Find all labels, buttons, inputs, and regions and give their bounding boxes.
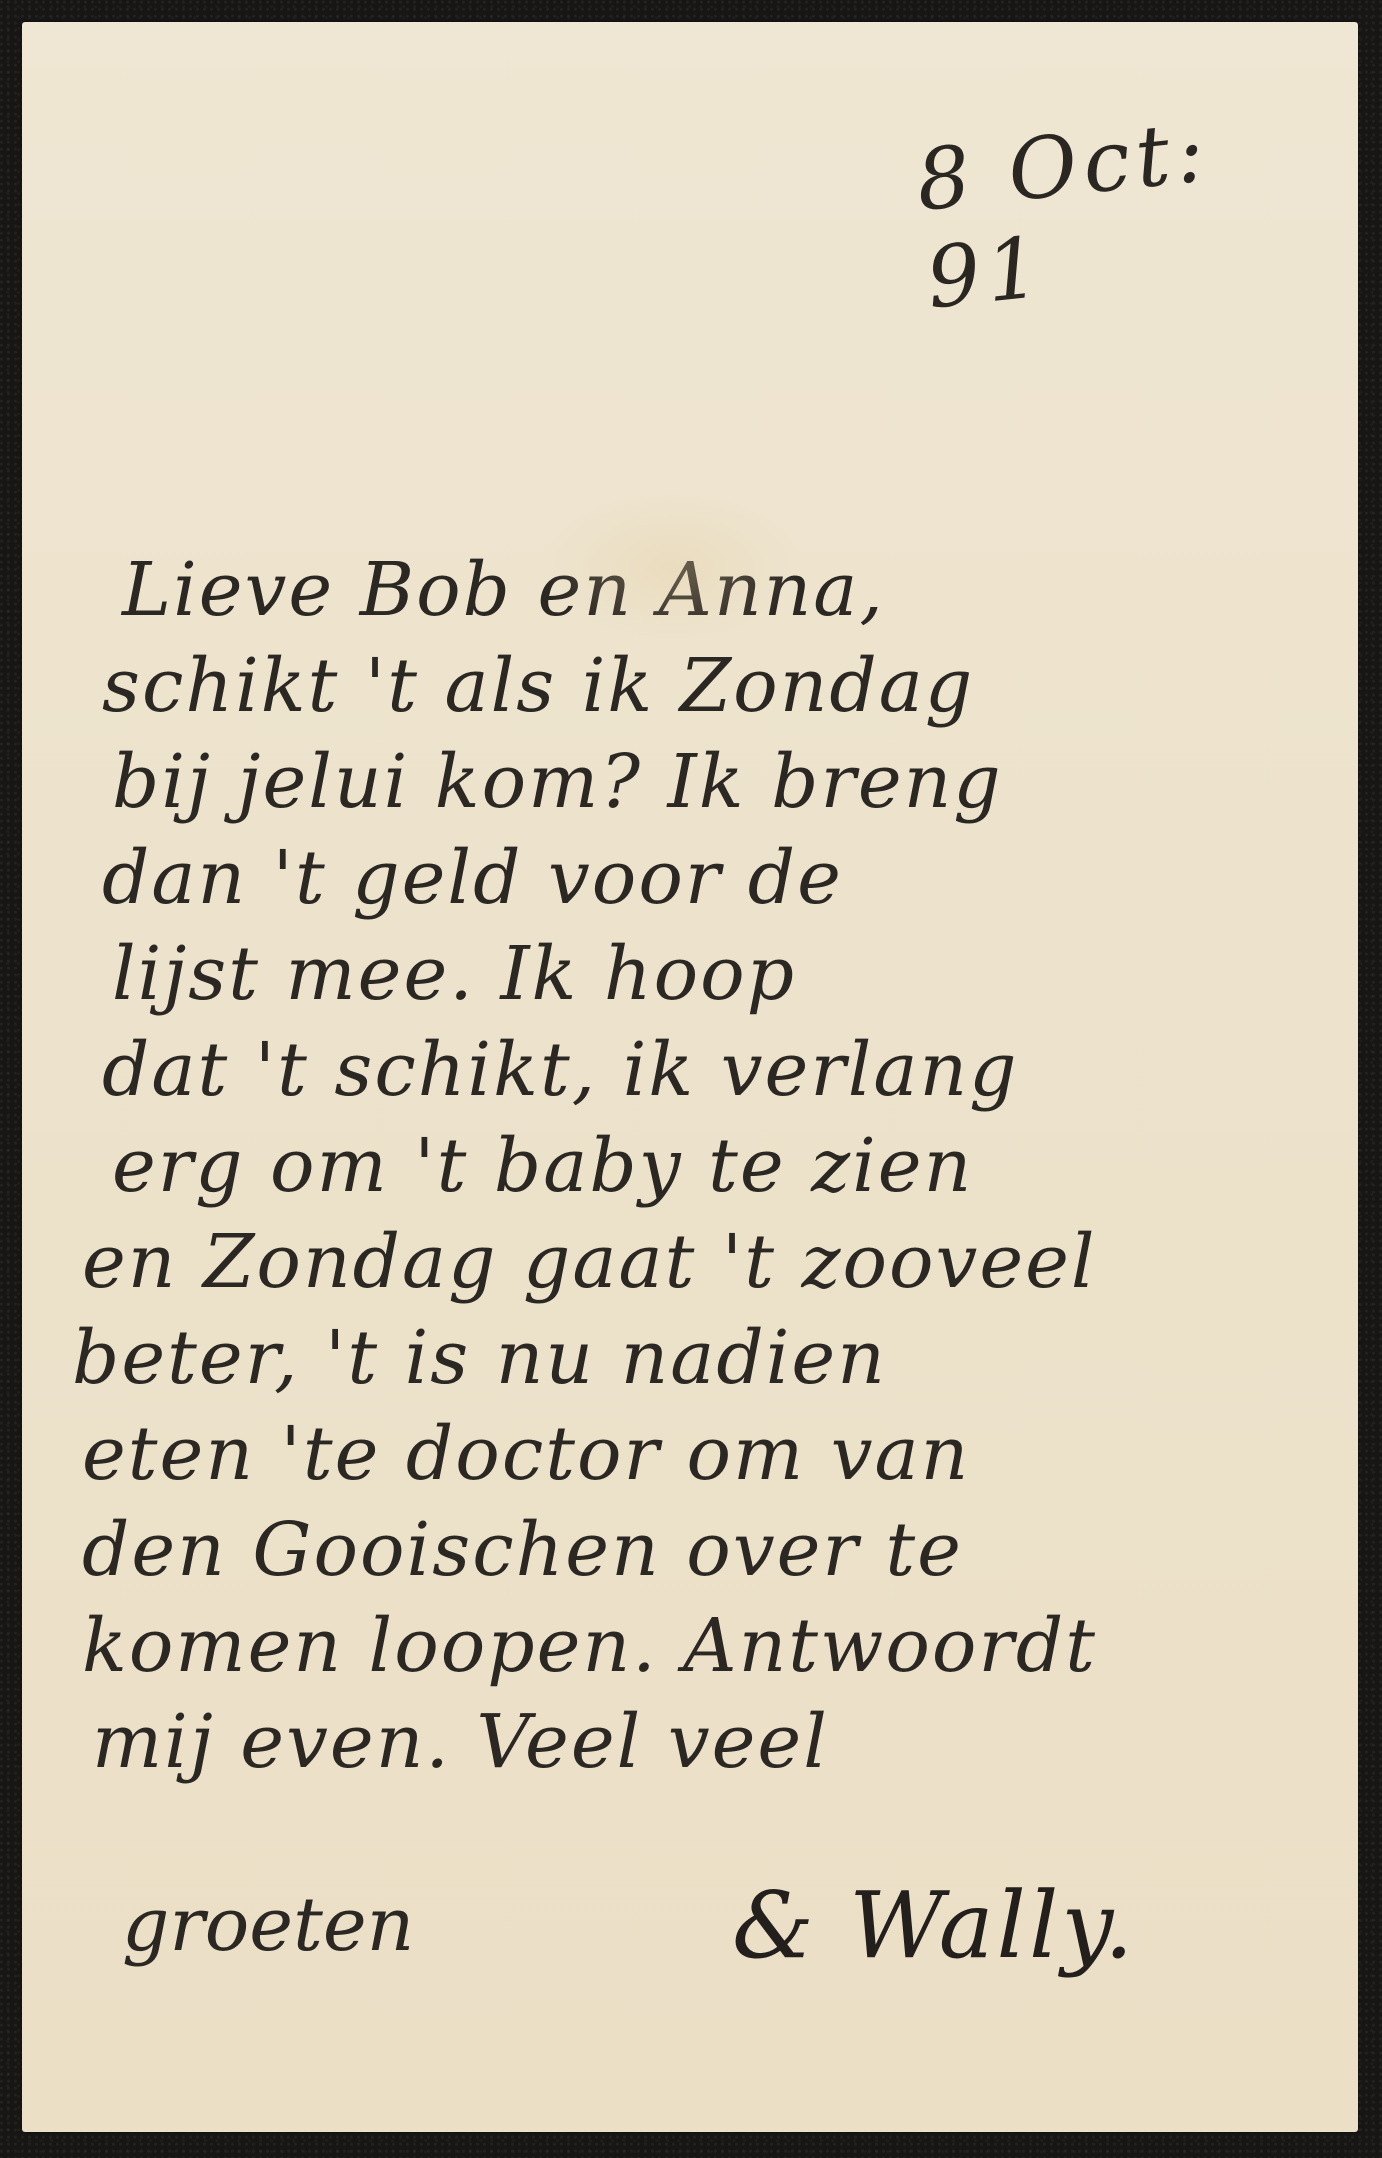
- letter-line: bij jelui kom? Ik breng: [112, 734, 1332, 830]
- letter-body: Lieve Bob en Anna, schikt 't als ik Zond…: [102, 542, 1332, 1790]
- letter-line: erg om 't baby te zien: [112, 1118, 1332, 1214]
- letter-sheet: 8 Oct: 91 Lieve Bob en Anna, schikt 't a…: [22, 22, 1358, 2132]
- letter-salutation: Lieve Bob en Anna,: [122, 542, 1332, 638]
- letter-line: en Zondag gaat 't zooveel: [82, 1214, 1332, 1310]
- letter-line: eten 'te doctor om van: [82, 1406, 1332, 1502]
- letter-date: 8 Oct: 91: [912, 87, 1366, 328]
- letter-line: komen loopen. Antwoordt: [82, 1598, 1332, 1694]
- letter-signature: & Wally.: [732, 1872, 1136, 1979]
- letter-line: mij even. Veel veel: [92, 1694, 1332, 1790]
- letter-line: schikt 't als ik Zondag: [102, 638, 1332, 734]
- letter-line: dan 't geld voor de: [102, 830, 1332, 926]
- letter-line: lijst mee. Ik hoop: [112, 926, 1332, 1022]
- letter-closing: groeten: [122, 1882, 414, 1968]
- letter-line: beter, 't is nu nadien: [72, 1310, 1332, 1406]
- letter-line: den Gooischen over te: [82, 1502, 1332, 1598]
- letter-line: dat 't schikt, ik verlang: [102, 1022, 1332, 1118]
